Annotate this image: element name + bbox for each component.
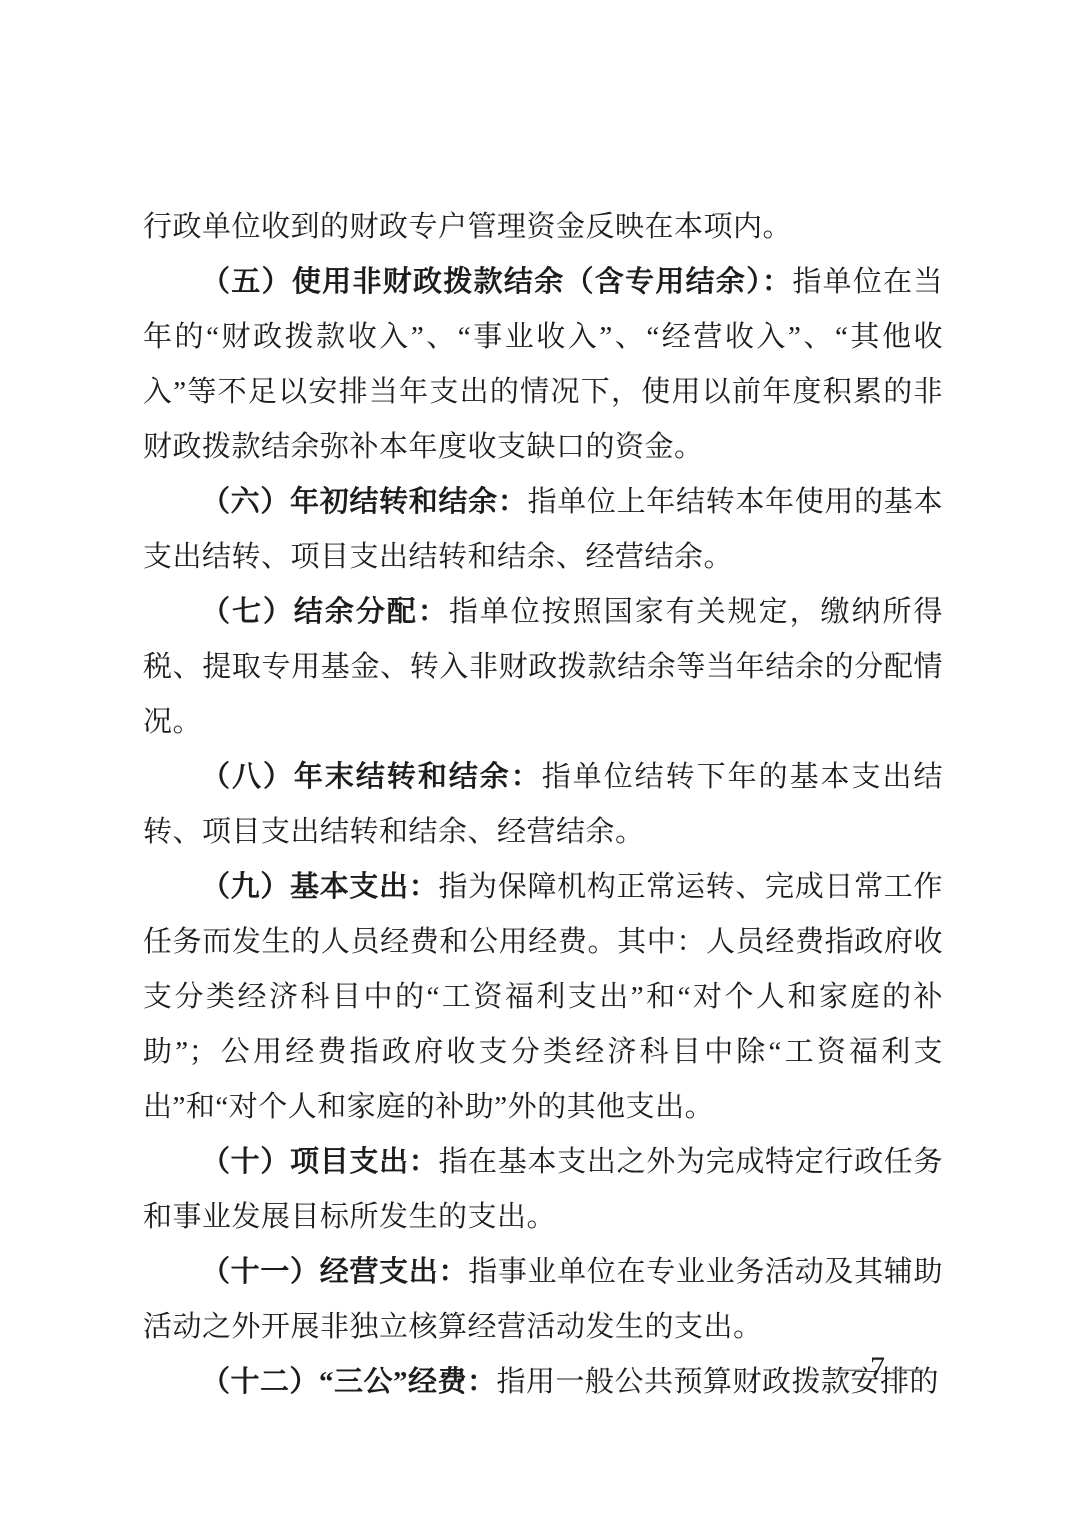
paragraph-text: 行政单位收到的财政专户管理资金反映在本项内。: [143, 211, 792, 243]
paragraph: （五）使用非财政拨款结余（含专用结余）：指单位在当年的“财政拨款收入”、“事业收…: [143, 255, 943, 475]
page-number-footer: —7—: [832, 1350, 923, 1386]
footer-page-number: 7: [862, 1351, 893, 1384]
paragraph: （十二）“三公”经费：指用一般公共预算财政拨款安排的: [143, 1355, 943, 1410]
term-label: （五）使用非财政拨款结余（含专用结余）：: [201, 266, 792, 298]
term-label: （十）项目支出：: [201, 1146, 439, 1178]
paragraph: （八）年末结转和结余：指单位结转下年的基本支出结转、项目支出结转和结余、经营结余…: [143, 750, 943, 860]
footer-left-dash: —: [832, 1351, 862, 1384]
term-label: （七）结余分配：: [201, 596, 449, 628]
paragraph: （九）基本支出：指为保障机构正常运转、完成日常工作任务而发生的人员经费和公用经费…: [143, 860, 943, 1135]
document-page: 行政单位收到的财政专户管理资金反映在本项内。 （五）使用非财政拨款结余（含专用结…: [0, 0, 1075, 1520]
term-label: （六）年初结转和结余：: [201, 486, 528, 518]
paragraph: 行政单位收到的财政专户管理资金反映在本项内。: [143, 200, 943, 255]
term-label: （十一）经营支出：: [201, 1256, 468, 1288]
paragraph: （十）项目支出：指在基本支出之外为完成特定行政任务和事业发展目标所发生的支出。: [143, 1135, 943, 1245]
footer-right-dash: —: [893, 1351, 923, 1384]
paragraph: （六）年初结转和结余：指单位上年结转本年使用的基本支出结转、项目支出结转和结余、…: [143, 475, 943, 585]
document-body: 行政单位收到的财政专户管理资金反映在本项内。 （五）使用非财政拨款结余（含专用结…: [143, 200, 943, 1410]
paragraph-text: 指为保障机构正常运转、完成日常工作任务而发生的人员经费和公用经费。其中：人员经费…: [143, 871, 943, 1123]
paragraph: （十一）经营支出：指事业单位在专业业务活动及其辅助活动之外开展非独立核算经营活动…: [143, 1245, 943, 1355]
term-label: （十二）“三公”经费：: [201, 1366, 497, 1398]
paragraph: （七）结余分配：指单位按照国家有关规定，缴纳所得税、提取专用基金、转入非财政拨款…: [143, 585, 943, 750]
term-label: （九）基本支出：: [201, 871, 439, 903]
term-label: （八）年末结转和结余：: [201, 761, 542, 793]
